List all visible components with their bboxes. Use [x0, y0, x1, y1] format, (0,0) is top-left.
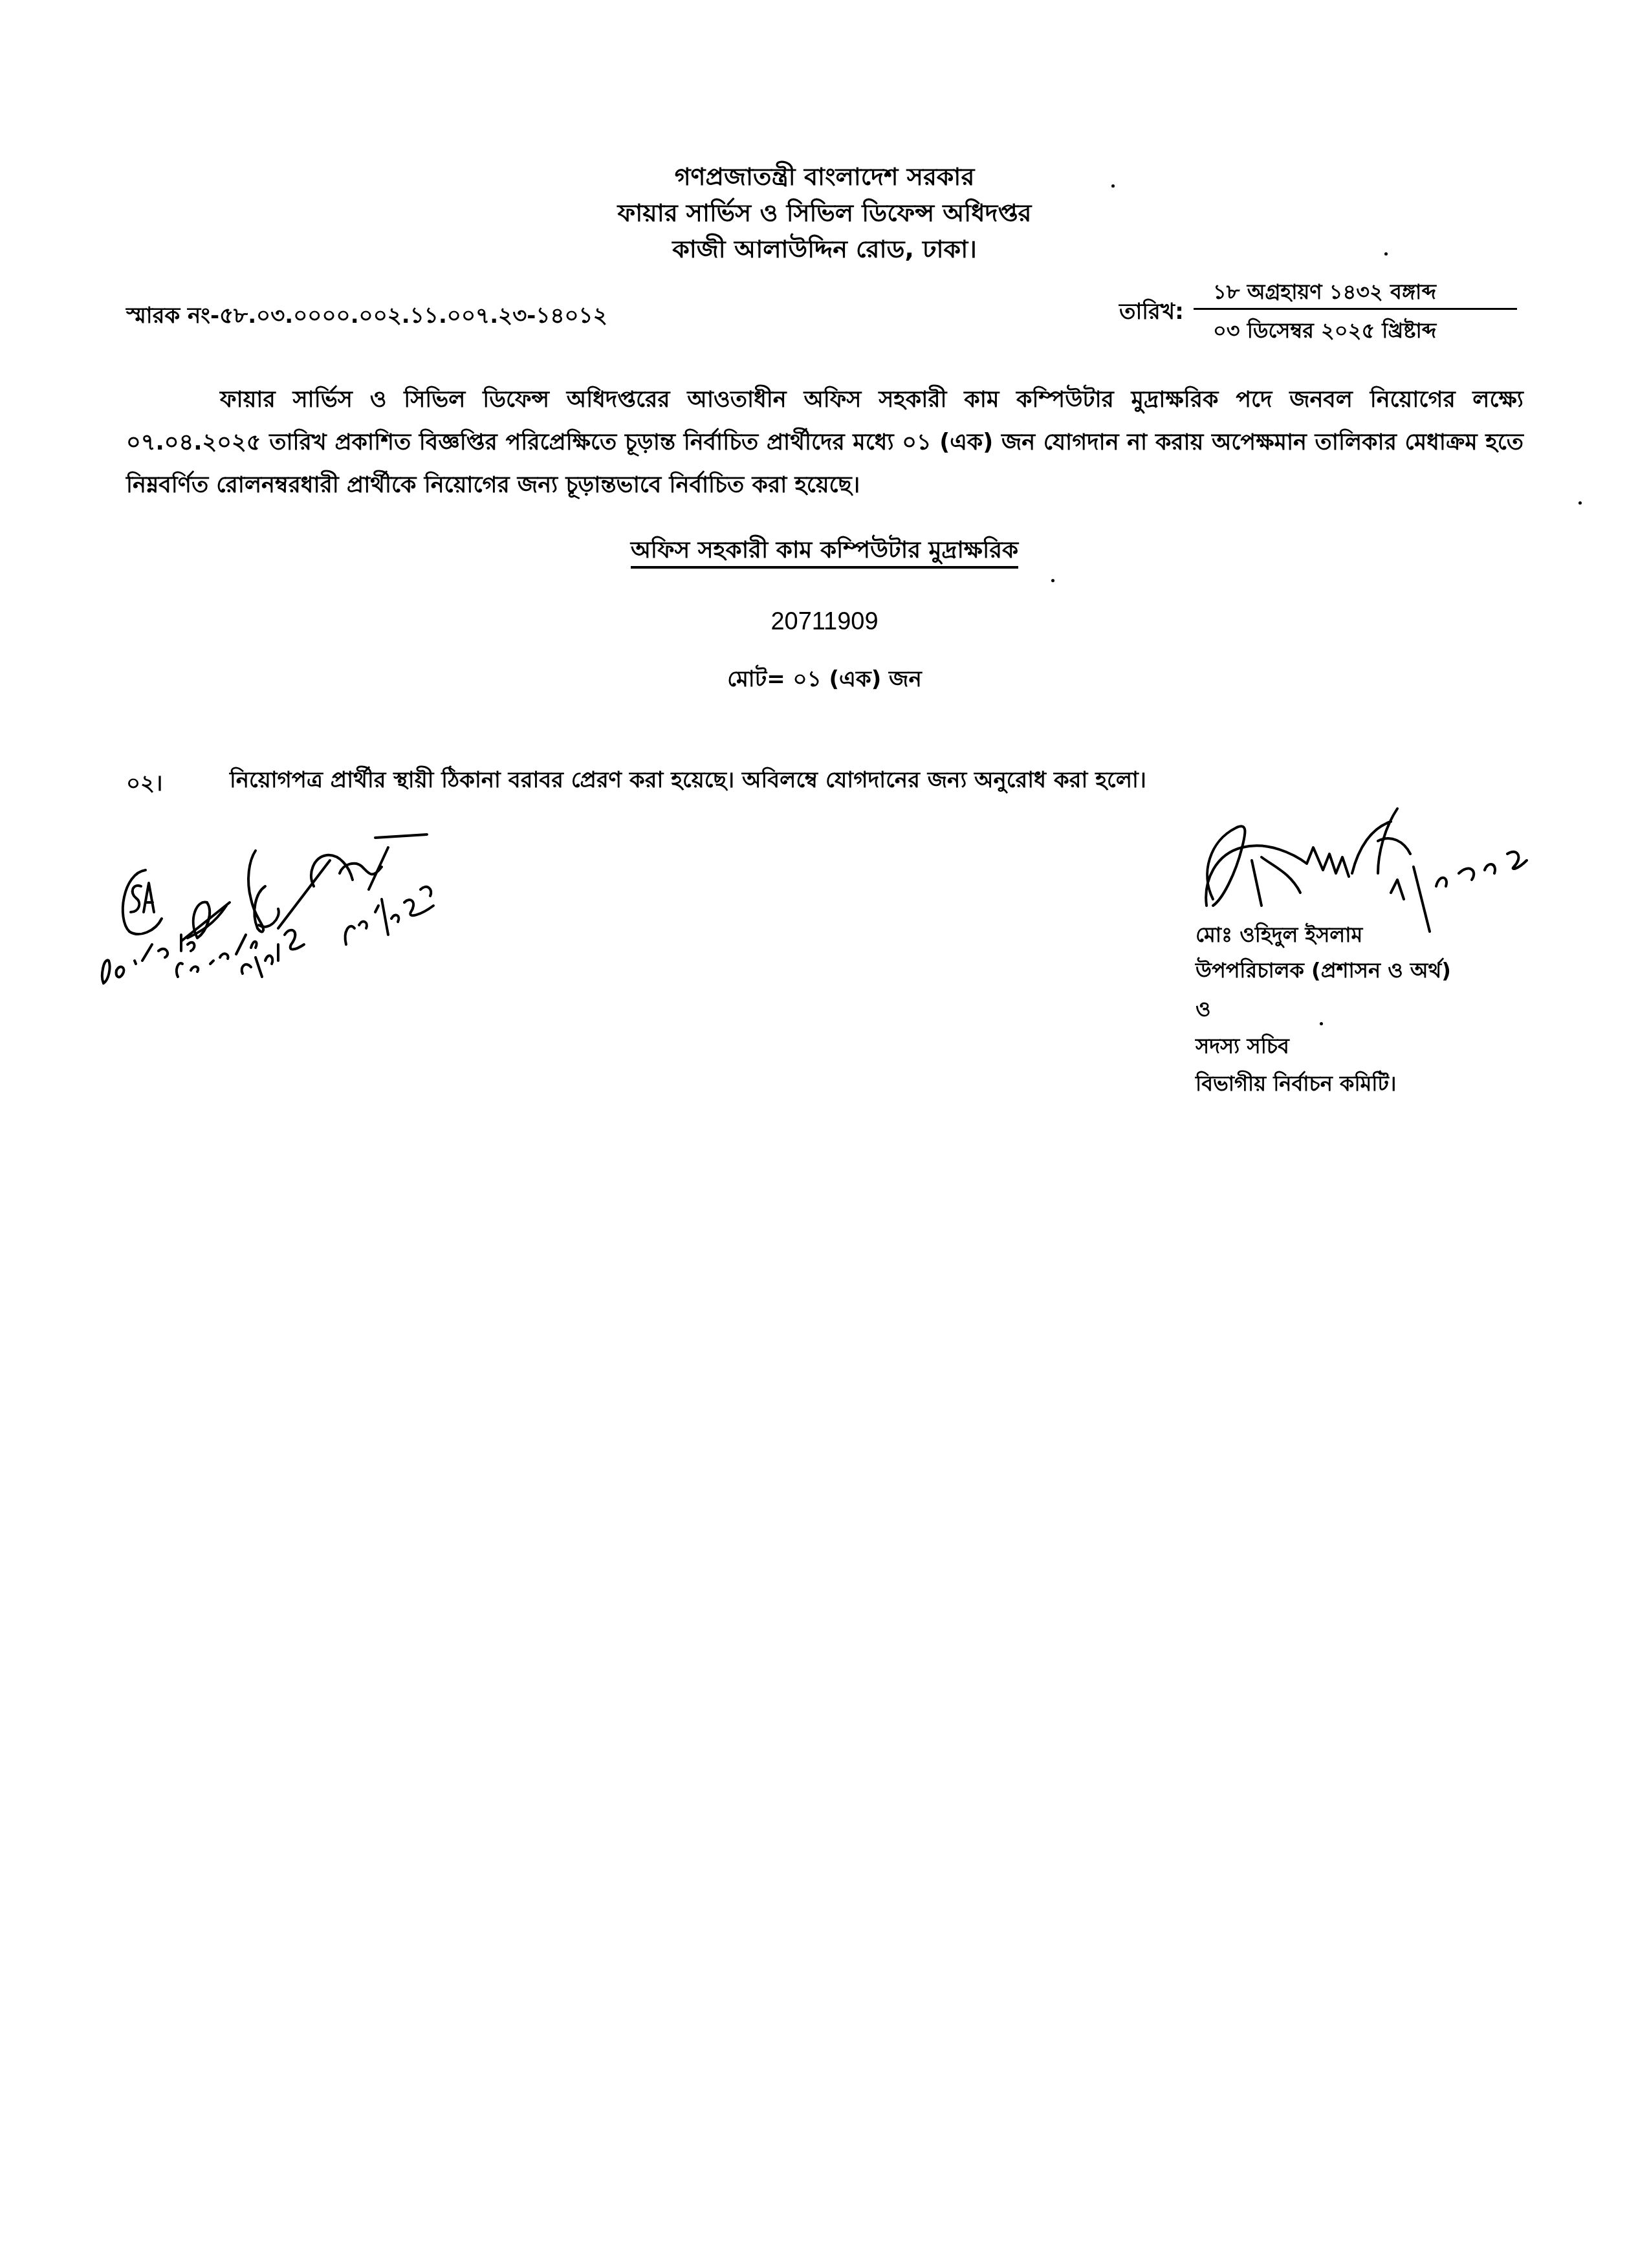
government-name: গণপ্রজাতন্ত্রী বাংলাদেশ সরকার: [0, 158, 1649, 195]
date-bangla: ১৮ অগ্রহায়ণ ১৪৩২ বঙ্গাব্দ: [1213, 276, 1436, 311]
total-count: মোট= ০১ (এক) জন: [0, 662, 1649, 699]
post-title-text: অফিস সহকারী কাম কম্পিউটার মুদ্রাক্ষরিক: [631, 537, 1019, 569]
signatory-designation: উপপরিচালক (প্রশাসন ও অর্থ): [1196, 954, 1451, 989]
signatory-committee: বিভাগীয় নির্বাচন কমিটি।: [1196, 1067, 1396, 1102]
body-paragraph-2: নিয়োগপত্র প্রার্থীর স্থায়ী ঠিকানা বরাব…: [230, 763, 1146, 800]
initials-row: [84, 822, 828, 1016]
signatory-block: মোঃ ওহিদুল ইসলাম উপপরিচালক (প্রশাসন ও অর…: [1164, 802, 1553, 1087]
date-block: তারিখ: ১৮ অগ্রহায়ণ ১৪৩২ বঙ্গাব্দ ০৩ ডিস…: [1119, 270, 1533, 348]
scan-speck: [1384, 252, 1388, 256]
office-address: কাজী আলাউদ্দিন রোড, ঢাকা।: [0, 231, 1649, 267]
letterhead: গণপ্রজাতন্ত্রী বাংলাদেশ সরকার ফায়ার সার…: [0, 158, 1649, 267]
signatory-conjunction: ও: [1196, 993, 1211, 1028]
memo-reference-number: স্মারক নং-৫৮.০৩.০০০০.০০২.১১.০০৭.২৩-১৪০১২: [126, 299, 607, 336]
post-title: অফিস সহকারী কাম কম্পিউটার মুদ্রাক্ষরিক: [0, 532, 1649, 571]
handwritten-initials-icon: [84, 822, 828, 1016]
document-page: গণপ্রজাতন্ত্রী বাংলাদেশ সরকার ফায়ার সার…: [0, 0, 1649, 2268]
signatory-role: সদস্য সচিব: [1196, 1030, 1289, 1065]
signatory-name: মোঃ ওহিদুল ইসলাম: [1196, 919, 1362, 954]
roll-number: 20711909: [0, 608, 1649, 636]
scan-speck: [1578, 501, 1582, 505]
date-label: তারিখ:: [1119, 295, 1184, 332]
date-gregorian: ০৩ ডিসেম্বর ২০২৫ খ্রিষ্টাব্দ: [1213, 314, 1436, 349]
date-divider: [1194, 308, 1517, 310]
scan-speck: [1111, 184, 1115, 188]
paragraph-2-number: ০২।: [126, 767, 162, 803]
scan-speck: [1320, 1022, 1323, 1025]
scan-speck: [1051, 579, 1054, 582]
department-name: ফায়ার সার্ভিস ও সিভিল ডিফেন্স অধিদপ্তর: [0, 195, 1649, 231]
body-paragraph-1: ফায়ার সার্ভিস ও সিভিল ডিফেন্স অধিদপ্তরে…: [126, 378, 1523, 507]
